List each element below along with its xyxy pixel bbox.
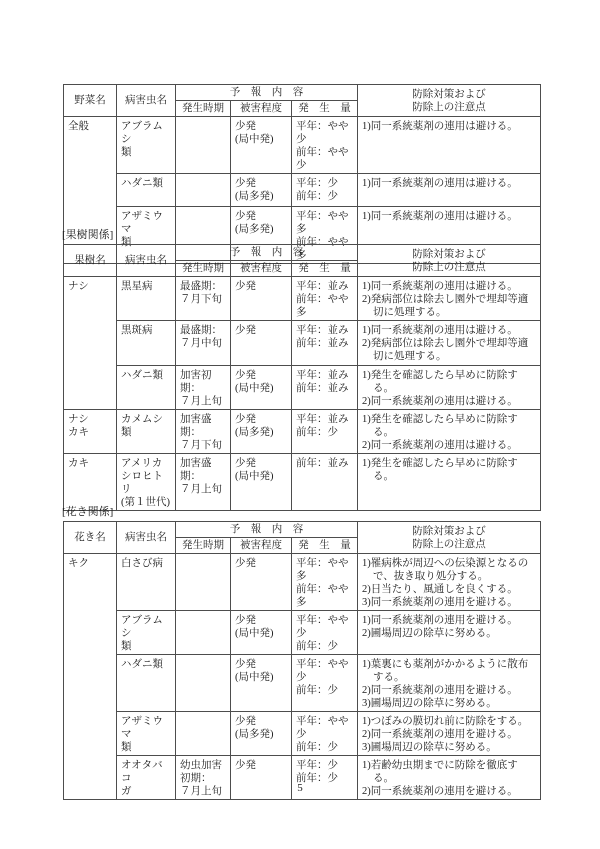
- period-cell: 加害盛期： ７月上旬: [176, 454, 231, 511]
- header-forecast-content: 予 報 内 容: [176, 522, 358, 538]
- crop-cell: ナシ: [64, 277, 117, 410]
- table-row: カキアメリカ シロヒトリ (第１世代)加害盛期： ７月上旬少発 (局中発)前年：…: [64, 454, 541, 511]
- period-cell: [176, 117, 231, 174]
- amount-cell: 平年：並み 前年：並み: [292, 321, 358, 366]
- table-row: 全般アブラムシ 類少発 (局中発)平年：やや少 前年：やや少1)同一系統薬剤の連…: [64, 117, 541, 174]
- table-row: ハダニ類少発 (局多発)平年：少 前年：少1)同一系統薬剤の連用は避ける。: [64, 174, 541, 207]
- notes-cell: 1)同一系統薬剤の連用は避ける。2)発病部位は除去し園外で埋却等適切に処理する。: [358, 277, 541, 321]
- pest-cell: ハダニ類: [117, 174, 176, 207]
- header-control-measures: 防除対策および 防除上の注意点: [358, 245, 541, 277]
- header-forecast-content: 予 報 内 容: [176, 85, 358, 101]
- pest-cell: アブラムシ 類: [117, 611, 176, 655]
- amount-cell: 前年：並み: [292, 454, 358, 511]
- header-crop-name: 野菜名: [64, 85, 117, 117]
- header-occurrence-period: 発生時期: [176, 538, 231, 554]
- notes-cell: 1)発生を確認したら早めに防除する。2)同一系統薬剤の連用は避ける。: [358, 366, 541, 410]
- table-row: キク白さび病少発平年：やや多 前年：やや多1)罹病株が周辺への伝染源となるので、…: [64, 554, 541, 611]
- header-forecast-content: 予 報 内 容: [176, 245, 358, 261]
- note-item: 3)同一系統薬剤の連用を避ける。: [362, 596, 537, 609]
- header-crop-name: 果樹名: [64, 245, 117, 277]
- note-item: 2)発病部位は除去し園外で埋却等適切に処理する。: [362, 293, 537, 319]
- note-item: 1)発生を確認したら早めに防除する。: [362, 369, 537, 395]
- amount-cell: 平年：やや少 前年：少: [292, 655, 358, 712]
- header-occurrence-amount: 発 生 量: [292, 261, 358, 277]
- table-row: アブラムシ 類少発 (局中発)平年：やや少 前年：少1)同一系統薬剤の連用を避け…: [64, 611, 541, 655]
- document-page: 野菜名病害虫名予 報 内 容防除対策および 防除上の注意点発生時期被害程度発 生…: [0, 0, 600, 849]
- table-row: 黒斑病最盛期： ７月中旬少発平年：並み 前年：並み1)同一系統薬剤の連用は避ける…: [64, 321, 541, 366]
- pest-cell: アメリカ シロヒトリ (第１世代): [117, 454, 176, 511]
- severity-cell: 少発 (局多発): [231, 712, 292, 756]
- note-item: 1)同一系統薬剤の連用を避ける。: [362, 614, 537, 627]
- flower-pest-forecast-table: 花き名病害虫名予 報 内 容防除対策および 防除上の注意点発生時期被害程度発 生…: [63, 521, 541, 800]
- note-item: 1)同一系統薬剤の連用は避ける。: [362, 120, 537, 133]
- header-damage-degree: 被害程度: [231, 538, 292, 554]
- period-cell: [176, 655, 231, 712]
- crop-cell: カキ: [64, 454, 117, 511]
- pest-cell: カメムシ類: [117, 410, 176, 454]
- note-item: 2)圃場周辺の除草に努める。: [362, 627, 537, 640]
- page-number: 5: [0, 782, 600, 794]
- note-item: 1)同一系統薬剤の連用は避ける。: [362, 280, 537, 293]
- notes-cell: 1)発生を確認したら早めに防除する。2)同一系統薬剤の連用は避ける。: [358, 410, 541, 454]
- header-pest-name: 病害虫名: [117, 245, 176, 277]
- notes-cell: 1)同一系統薬剤の連用は避ける。: [358, 117, 541, 174]
- severity-cell: 少発 (局中発): [231, 366, 292, 410]
- fruit-tree-pest-forecast-table: 果樹名病害虫名予 報 内 容防除対策および 防除上の注意点発生時期被害程度発 生…: [63, 244, 541, 511]
- pest-cell: アザミウマ 類: [117, 712, 176, 756]
- note-item: 3)圃場周辺の除草に努める。: [362, 697, 537, 710]
- note-item: 1)同一系統薬剤の連用は避ける。: [362, 324, 537, 337]
- header-occurrence-period: 発生時期: [176, 101, 231, 117]
- notes-cell: 1)同一系統薬剤の連用は避ける。: [358, 174, 541, 207]
- severity-cell: 少発 (局中発): [231, 611, 292, 655]
- vegetable-pest-forecast-table: 野菜名病害虫名予 報 内 容防除対策および 防除上の注意点発生時期被害程度発 生…: [63, 84, 541, 264]
- note-item: 2)同一系統薬剤の連用は避ける。: [362, 395, 537, 408]
- header-damage-degree: 被害程度: [231, 101, 292, 117]
- period-cell: 加害初期： ７月上旬: [176, 366, 231, 410]
- amount-cell: 平年：少 前年：少: [292, 174, 358, 207]
- notes-cell: 1)葉裏にも薬剤がかかるように散布する。2)同一系統薬剤の連用を避ける。3)圃場…: [358, 655, 541, 712]
- note-item: 1)葉裏にも薬剤がかかるように散布する。: [362, 658, 537, 684]
- note-item: 2)同一系統薬剤の連用を避ける。: [362, 728, 537, 741]
- note-item: 1)つぼみの膜切れ前に防除をする。: [362, 715, 537, 728]
- table-row: ハダニ類少発 (局中発)平年：やや少 前年：少1)葉裏にも薬剤がかかるように散布…: [64, 655, 541, 712]
- header-control-measures: 防除対策および 防除上の注意点: [358, 522, 541, 554]
- notes-cell: 1)罹病株が周辺への伝染源となるので、抜き取り処分する。2)日当たり、風通しを良…: [358, 554, 541, 611]
- pest-cell: アブラムシ 類: [117, 117, 176, 174]
- amount-cell: 平年：並み 前年：やや多: [292, 277, 358, 321]
- period-cell: [176, 174, 231, 207]
- note-item: 2)同一系統薬剤の連用は避ける。: [362, 439, 537, 452]
- notes-cell: 1)同一系統薬剤の連用は避ける。2)発病部位は除去し園外で埋却等適切に処理する。: [358, 321, 541, 366]
- note-item: 1)同一系統薬剤の連用は避ける。: [362, 177, 537, 190]
- section-label-fruit-tree: [果樹関係]: [62, 229, 113, 242]
- pest-cell: 黒斑病: [117, 321, 176, 366]
- period-cell: [176, 712, 231, 756]
- period-cell: 最盛期： ７月下旬: [176, 277, 231, 321]
- note-item: 2)日当たり、風通しを良くする。: [362, 583, 537, 596]
- note-item: 3)圃場周辺の除草に努める。: [362, 741, 537, 754]
- severity-cell: 少発 (局中発): [231, 655, 292, 712]
- note-item: 1)発生を確認したら早めに防除する。: [362, 457, 537, 483]
- header-occurrence-period: 発生時期: [176, 261, 231, 277]
- amount-cell: 平年：やや少 前年：少: [292, 712, 358, 756]
- amount-cell: 平年：やや少 前年：やや少: [292, 117, 358, 174]
- severity-cell: 少発: [231, 321, 292, 366]
- header-occurrence-amount: 発 生 量: [292, 101, 358, 117]
- notes-cell: 1)つぼみの膜切れ前に防除をする。2)同一系統薬剤の連用を避ける。3)圃場周辺の…: [358, 712, 541, 756]
- note-item: 1)罹病株が周辺への伝染源となるので、抜き取り処分する。: [362, 557, 537, 583]
- note-item: 1)同一系統薬剤の連用は避ける。: [362, 210, 537, 223]
- notes-cell: 1)発生を確認したら早めに防除する。: [358, 454, 541, 511]
- pest-cell: ハダニ類: [117, 366, 176, 410]
- table-row: ハダニ類加害初期： ７月上旬少発 (局中発)平年：並み 前年：並み1)発生を確認…: [64, 366, 541, 410]
- header-pest-name: 病害虫名: [117, 522, 176, 554]
- amount-cell: 平年：並み 前年：並み: [292, 366, 358, 410]
- header-occurrence-amount: 発 生 量: [292, 538, 358, 554]
- table-row: アザミウマ 類少発 (局多発)平年：やや少 前年：少1)つぼみの膜切れ前に防除を…: [64, 712, 541, 756]
- notes-cell: 1)同一系統薬剤の連用を避ける。2)圃場周辺の除草に努める。: [358, 611, 541, 655]
- period-cell: 最盛期： ７月中旬: [176, 321, 231, 366]
- header-control-measures: 防除対策および 防除上の注意点: [358, 85, 541, 117]
- period-cell: [176, 611, 231, 655]
- severity-cell: 少発 (局中発): [231, 117, 292, 174]
- period-cell: [176, 554, 231, 611]
- table-row: ナシ カキカメムシ類加害盛期： ７月下旬少発 (局多発)平年：並み 前年：少1)…: [64, 410, 541, 454]
- note-item: 2)同一系統薬剤の連用を避ける。: [362, 684, 537, 697]
- header-pest-name: 病害虫名: [117, 85, 176, 117]
- section-label-flower: [花き関係]: [62, 506, 113, 519]
- amount-cell: 平年：やや少 前年：少: [292, 611, 358, 655]
- severity-cell: 少発 (局多発): [231, 174, 292, 207]
- table-row: ナシ黒星病最盛期： ７月下旬少発平年：並み 前年：やや多1)同一系統薬剤の連用は…: [64, 277, 541, 321]
- period-cell: 加害盛期： ７月下旬: [176, 410, 231, 454]
- crop-cell: ナシ カキ: [64, 410, 117, 454]
- severity-cell: 少発 (局多発): [231, 410, 292, 454]
- note-item: 2)発病部位は除去し園外で埋却等適切に処理する。: [362, 337, 537, 363]
- amount-cell: 平年：やや多 前年：やや多: [292, 554, 358, 611]
- header-damage-degree: 被害程度: [231, 261, 292, 277]
- pest-cell: ハダニ類: [117, 655, 176, 712]
- pest-cell: 白さび病: [117, 554, 176, 611]
- severity-cell: 少発 (局中発): [231, 454, 292, 511]
- note-item: 1)発生を確認したら早めに防除する。: [362, 413, 537, 439]
- severity-cell: 少発: [231, 554, 292, 611]
- severity-cell: 少発: [231, 277, 292, 321]
- crop-cell: キク: [64, 554, 117, 800]
- pest-cell: 黒星病: [117, 277, 176, 321]
- amount-cell: 平年：並み 前年：少: [292, 410, 358, 454]
- header-crop-name: 花き名: [64, 522, 117, 554]
